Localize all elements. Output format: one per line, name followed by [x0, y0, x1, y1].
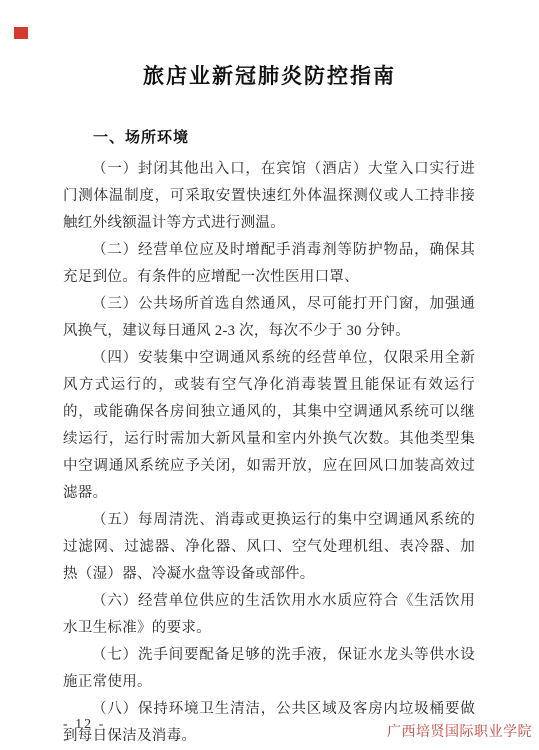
paragraph-6: （六）经营单位供应的生活饮用水水质应符合《生活饮用水卫生标准》的要求。 — [63, 588, 475, 642]
paragraph-2: （二）经营单位应及时增配手消毒剂等防护物品，确保其充足到位。有条件的应增配一次性… — [63, 237, 475, 291]
section-heading: 一、场所环境 — [63, 128, 475, 148]
paragraph-7: （七）洗手间要配备足够的洗手液，保证水龙头等供水设施正常使用。 — [63, 642, 475, 696]
document-body: （一）封闭其他出入口，在宾馆（酒店）大堂入口实行进门测体温制度，可采取安置快速红… — [63, 156, 475, 750]
red-stamp-mark — [14, 27, 28, 39]
paragraph-5: （五）每周清洗、消毒或更换运行的集中空调通风系统的过滤网、过滤器、净化器、风口、… — [63, 507, 475, 588]
school-watermark: 广西培贤国际职业学院 — [387, 721, 532, 741]
document-page: 旅店业新冠肺炎防控指南 一、场所环境 （一）封闭其他出入口，在宾馆（酒店）大堂入… — [0, 0, 539, 750]
page-number: - 12 - — [63, 717, 105, 733]
document-title: 旅店业新冠肺炎防控指南 — [0, 0, 539, 88]
paragraph-1: （一）封闭其他出入口，在宾馆（酒店）大堂入口实行进门测体温制度，可采取安置快速红… — [63, 156, 475, 237]
paragraph-4: （四）安装集中空调通风系统的经营单位，仅限采用全新风方式运行的，或装有空气净化消… — [63, 345, 475, 507]
paragraph-3: （三）公共场所首选自然通风，尽可能打开门窗，加强通风换气，建议每日通风 2-3 … — [63, 291, 475, 345]
